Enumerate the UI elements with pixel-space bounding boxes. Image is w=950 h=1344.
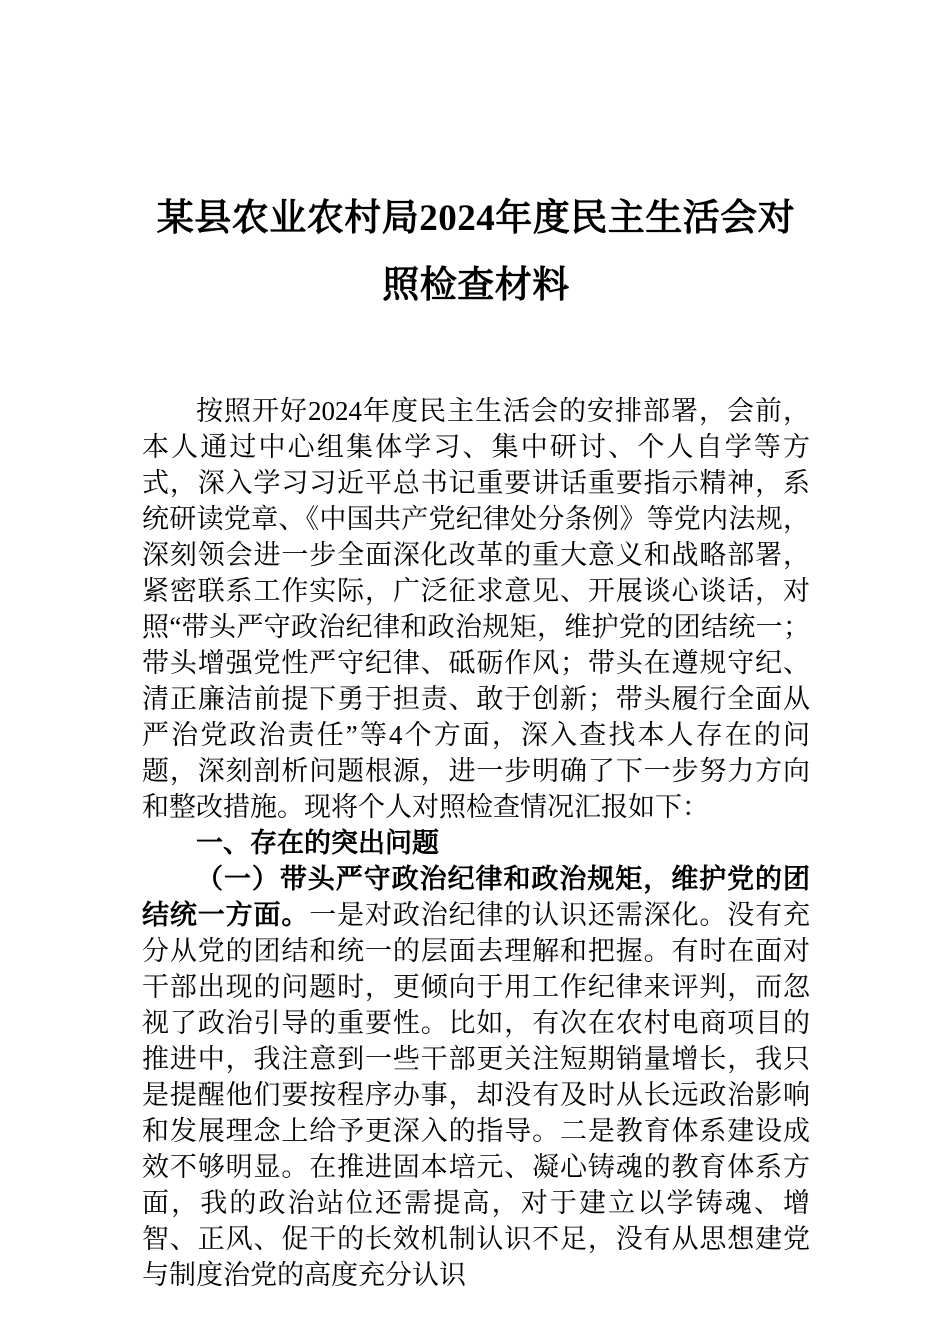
document-title: 某县农业农村局2024年度民主生活会对照检查材料 [142, 185, 810, 319]
item-1-body-text: 一是对政治纪律的认识还需深化。没有充分从党的团结和统一的层面去理解和把握。有时在… [142, 900, 810, 1290]
section-heading-1: 一、存在的突出问题 [142, 825, 810, 861]
item-1-paragraph: （一）带头严守政治纪律和政治规矩，维护党的团结统一方面。一是对政治纪律的认识还需… [142, 861, 810, 1293]
intro-paragraph: 按照开好2024年度民主生活会的安排部署，会前，本人通过中心组集体学习、集中研讨… [142, 393, 810, 825]
document-body: 按照开好2024年度民主生活会的安排部署，会前，本人通过中心组集体学习、集中研讨… [142, 393, 810, 1293]
document-page: 某县农业农村局2024年度民主生活会对照检查材料 按照开好2024年度民主生活会… [0, 0, 950, 1344]
